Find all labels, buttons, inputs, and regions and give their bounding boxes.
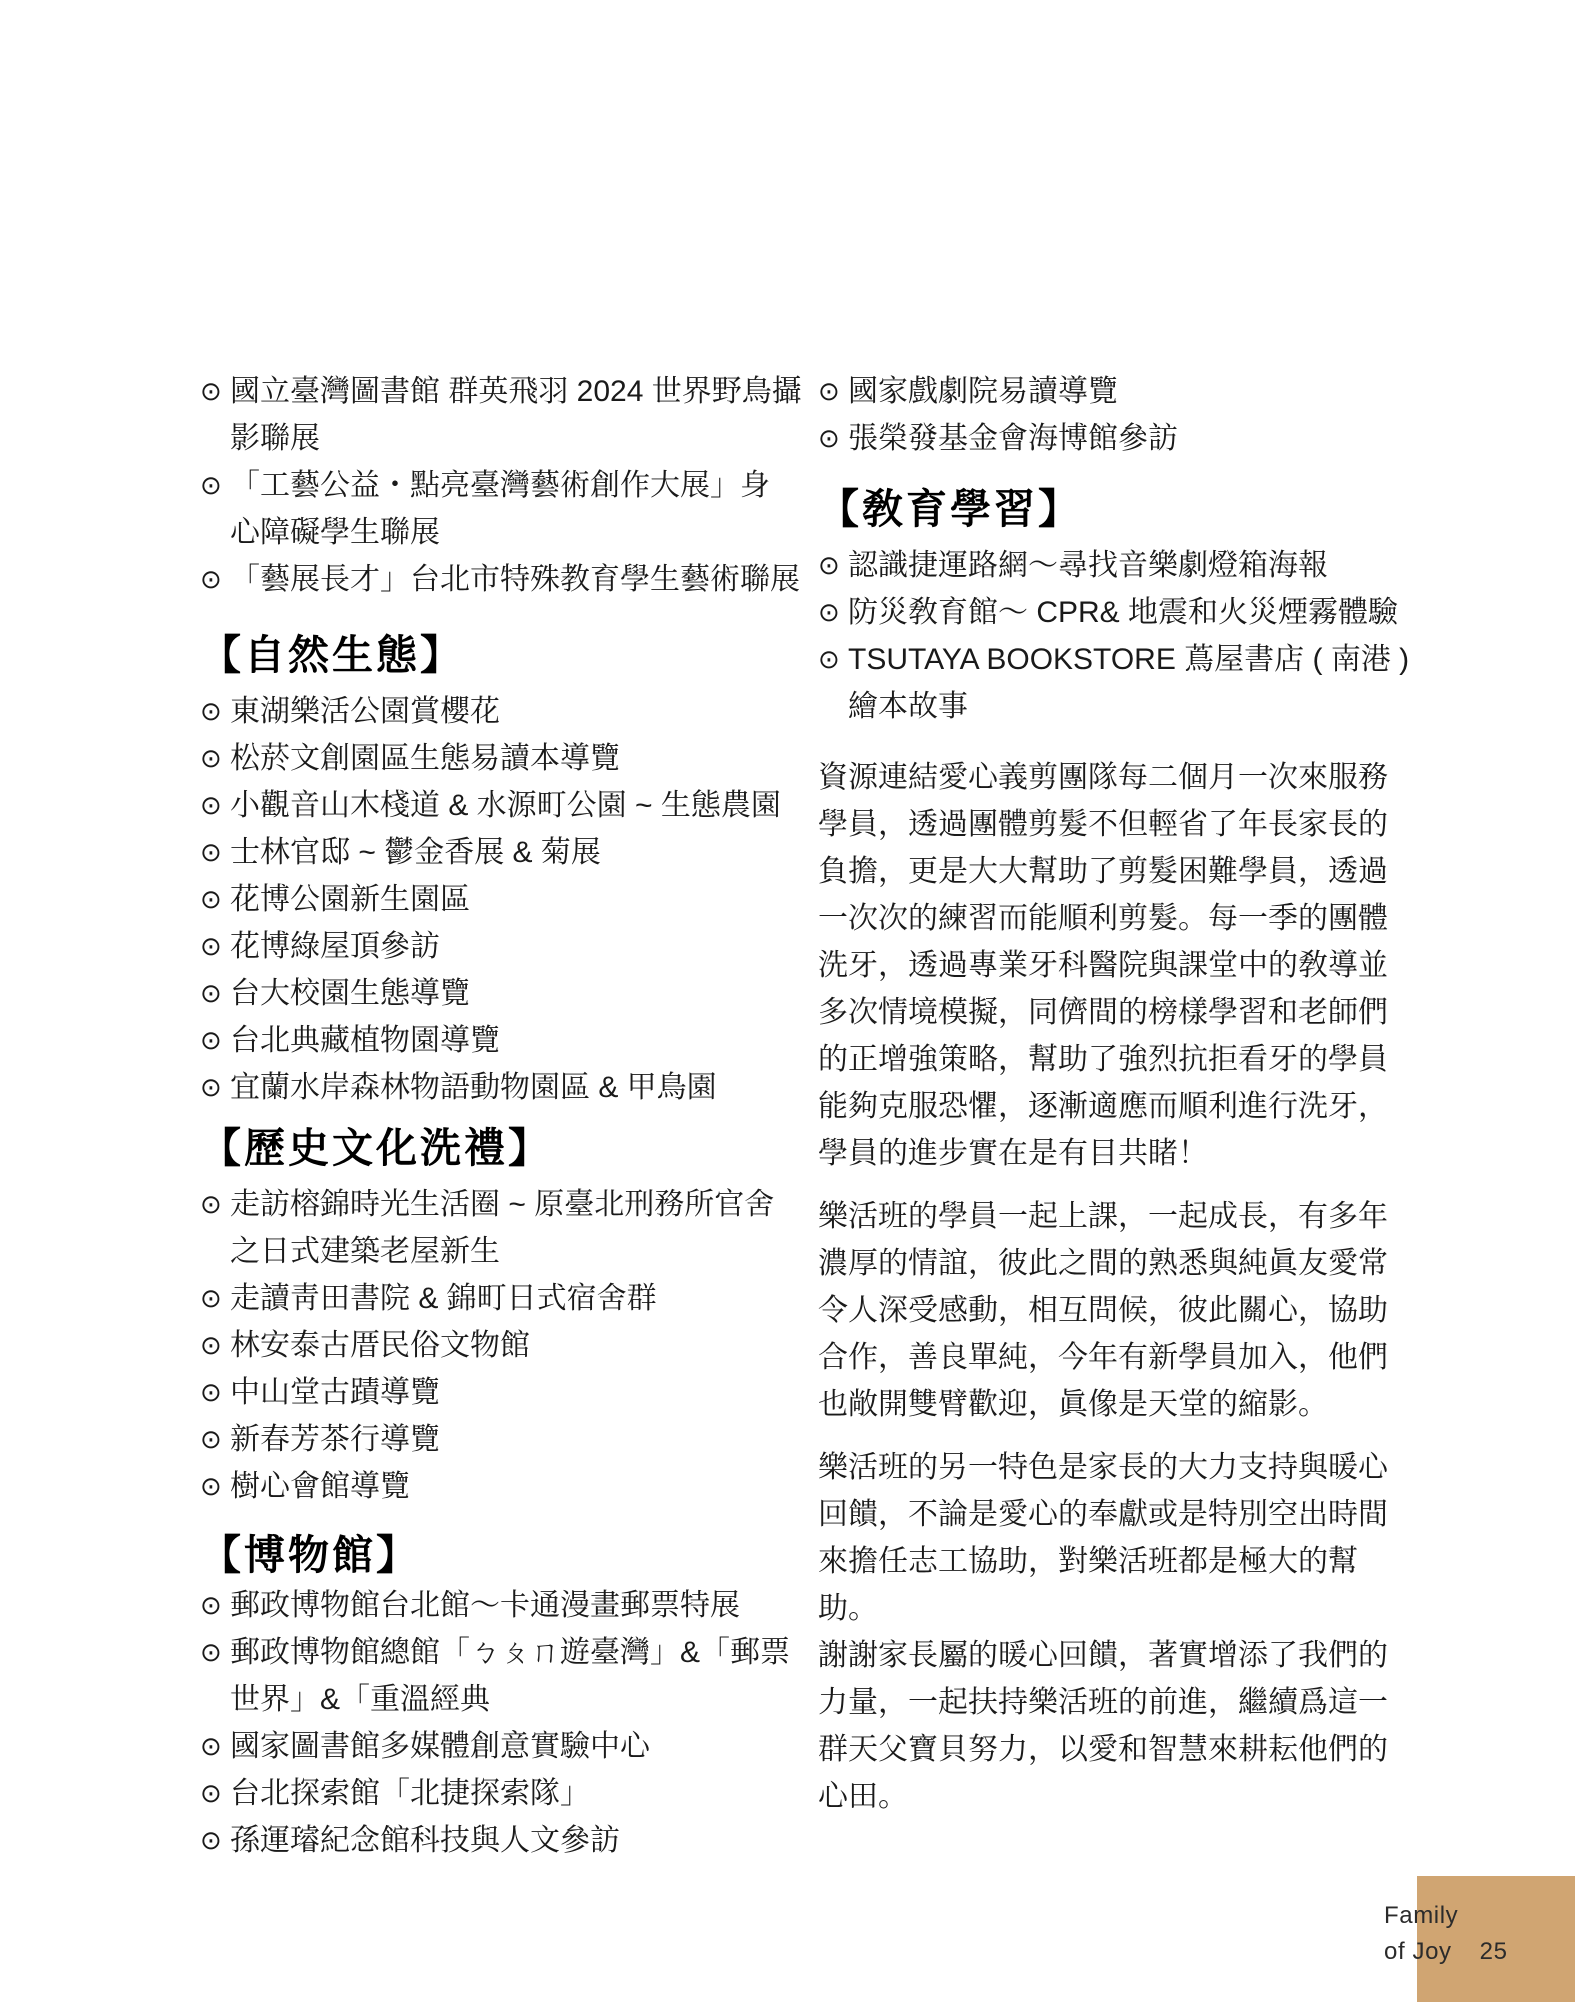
section-nature: 【自然生態】 ⊙東湖樂活公園賞櫻花 ⊙松菸文創園區生態易讀本導覽 ⊙小觀音山木棧…: [200, 630, 840, 1111]
bullet-icon: ⊙: [200, 1181, 230, 1228]
right-column: ⊙國家戲劇院易讀導覽 ⊙張榮發基金會海博館參訪 【敎育學習】 ⊙認識捷運路網～尋…: [818, 368, 1418, 1836]
list-item: ⊙孫運璿紀念館科技與人文參訪: [200, 1817, 840, 1864]
bullet-icon: ⊙: [200, 1582, 230, 1629]
list-item: ⊙台北典藏植物園導覽: [200, 1017, 840, 1064]
museum-list: ⊙郵政博物館台北館～卡通漫畫郵票特展 ⊙郵政博物館總館「ㄅㄆㄇ遊臺灣」&「郵票 …: [200, 1582, 840, 1864]
list-item: ⊙台北探索館「北捷探索隊」: [200, 1770, 840, 1817]
bullet-icon: ⊙: [200, 1017, 230, 1064]
list-item-text: 張榮發基金會海博館參訪: [848, 415, 1178, 462]
list-item: ⊙樹心會館導覽: [200, 1463, 840, 1510]
venue-list: ⊙國家戲劇院易讀導覽 ⊙張榮發基金會海博館參訪: [818, 368, 1418, 462]
list-item-text: 林安泰古厝民俗文物館: [230, 1322, 530, 1369]
list-item: ⊙花博綠屋頂參訪: [200, 923, 840, 970]
list-item-text: 郵政博物館總館「ㄅㄆㄇ遊臺灣」&「郵票 世界」&「重溫經典: [230, 1629, 790, 1723]
history-list: ⊙走訪榕錦時光生活圈 ~ 原臺北刑務所官舍 之日式建築老屋新生 ⊙走讀靑田書院 …: [200, 1181, 840, 1510]
bullet-icon: ⊙: [200, 829, 230, 876]
list-item-text: 花博公園新生園區: [230, 876, 470, 923]
list-item-text: 東湖樂活公園賞櫻花: [230, 688, 500, 735]
list-item-text: TSUTAYA BOOKSTORE 蔦屋書店 ( 南港 ) 繪本故事: [848, 636, 1409, 730]
list-item: ⊙小觀音山木棧道 & 水源町公園 ~ 生態農園: [200, 782, 840, 829]
section-history: 【歷史文化洗禮】 ⊙走訪榕錦時光生活圈 ~ 原臺北刑務所官舍 之日式建築老屋新生…: [200, 1123, 840, 1510]
list-item-text: 中山堂古蹟導覽: [230, 1369, 440, 1416]
list-item-text: 郵政博物館台北館～卡通漫畫郵票特展: [230, 1582, 740, 1629]
list-item: ⊙中山堂古蹟導覽: [200, 1369, 840, 1416]
list-item: ⊙走訪榕錦時光生活圈 ~ 原臺北刑務所官舍 之日式建築老屋新生: [200, 1181, 840, 1275]
bullet-icon: ⊙: [200, 1723, 230, 1770]
bullet-icon: ⊙: [200, 1064, 230, 1111]
page-number: 25: [1480, 1934, 1508, 1970]
list-item: ⊙台大校園生態導覽: [200, 970, 840, 1017]
list-item-text: 台北探索館「北捷探索隊」: [230, 1770, 590, 1817]
bullet-icon: ⊙: [200, 735, 230, 782]
bullet-icon: ⊙: [818, 542, 848, 589]
list-item-text: 樹心會館導覽: [230, 1463, 410, 1510]
list-item-text: 台大校園生態導覽: [230, 970, 470, 1017]
list-item: ⊙ 「藝展長才」台北市特殊教育學生藝術聯展: [200, 556, 840, 603]
list-item-text: 國家戲劇院易讀導覽: [848, 368, 1118, 415]
paragraph: 樂活班的學員一起上課，一起成長，有多年 濃厚的情誼，彼此之間的熟悉與純眞友愛常 …: [818, 1193, 1410, 1428]
list-item-text: 松菸文創園區生態易讀本導覽: [230, 735, 620, 782]
bullet-icon: ⊙: [200, 1817, 230, 1864]
section-heading: 【博物館】: [200, 1530, 840, 1580]
list-item: ⊙TSUTAYA BOOKSTORE 蔦屋書店 ( 南港 ) 繪本故事: [818, 636, 1418, 730]
list-item-text: 防災敎育館～ CPR& 地震和火災煙霧體驗: [848, 589, 1398, 636]
paragraph: 資源連結愛心義剪團隊每二個月一次來服務 學員，透過團體剪髮不但輕省了年長家長的 …: [818, 754, 1410, 1177]
nature-list: ⊙東湖樂活公園賞櫻花 ⊙松菸文創園區生態易讀本導覽 ⊙小觀音山木棧道 & 水源町…: [200, 688, 840, 1111]
list-item-text: 花博綠屋頂參訪: [230, 923, 440, 970]
bullet-icon: ⊙: [818, 636, 848, 683]
list-item: ⊙郵政博物館總館「ㄅㄆㄇ遊臺灣」&「郵票 世界」&「重溫經典: [200, 1629, 840, 1723]
bullet-icon: ⊙: [200, 1770, 230, 1817]
list-item: ⊙張榮發基金會海博館參訪: [818, 415, 1418, 462]
bullet-icon: ⊙: [818, 368, 848, 415]
bullet-icon: ⊙: [200, 368, 230, 415]
footer-brand: Family of Joy 25: [1384, 1898, 1508, 1970]
left-column: ⊙ 國立臺灣圖書館 群英飛羽 2024 世界野鳥攝 影聯展 ⊙ 「工藝公益・點亮…: [200, 368, 840, 1864]
list-item-text: 國立臺灣圖書館 群英飛羽 2024 世界野鳥攝 影聯展: [230, 368, 802, 462]
paragraph: 樂活班的另一特色是家長的大力支持與暖心 回饋，不論是愛心的奉獻或是特別空出時間 …: [818, 1444, 1410, 1820]
list-item-text: 小觀音山木棧道 & 水源町公園 ~ 生態農園: [230, 782, 781, 829]
brand-line1: Family: [1384, 1898, 1508, 1934]
bullet-icon: ⊙: [200, 1275, 230, 1322]
bullet-icon: ⊙: [200, 782, 230, 829]
list-item: ⊙林安泰古厝民俗文物館: [200, 1322, 840, 1369]
bullet-icon: ⊙: [200, 876, 230, 923]
list-item-text: 「工藝公益・點亮臺灣藝術創作大展」身 心障礙學生聯展: [230, 462, 770, 556]
brand-line2: of Joy: [1384, 1934, 1452, 1970]
bullet-icon: ⊙: [200, 1416, 230, 1463]
list-item: ⊙士林官邸 ~ 鬱金香展 & 菊展: [200, 829, 840, 876]
list-item-text: 走訪榕錦時光生活圈 ~ 原臺北刑務所官舍 之日式建築老屋新生: [230, 1181, 774, 1275]
list-item-text: 走讀靑田書院 & 錦町日式宿舍群: [230, 1275, 657, 1322]
list-item: ⊙松菸文創園區生態易讀本導覽: [200, 735, 840, 782]
bullet-icon: ⊙: [200, 1629, 230, 1676]
magazine-page: ⊙ 國立臺灣圖書館 群英飛羽 2024 世界野鳥攝 影聯展 ⊙ 「工藝公益・點亮…: [0, 0, 1575, 2008]
bullet-icon: ⊙: [200, 923, 230, 970]
list-item-text: 認識捷運路網～尋找音樂劇燈箱海報: [848, 542, 1328, 589]
list-item: ⊙國家圖書館多媒體創意實驗中心: [200, 1723, 840, 1770]
bullet-icon: ⊙: [818, 589, 848, 636]
education-list: ⊙認識捷運路網～尋找音樂劇燈箱海報 ⊙防災敎育館～ CPR& 地震和火災煙霧體驗…: [818, 542, 1418, 730]
bullet-icon: ⊙: [200, 1369, 230, 1416]
list-item: ⊙認識捷運路網～尋找音樂劇燈箱海報: [818, 542, 1418, 589]
section-heading: 【自然生態】: [200, 630, 840, 680]
article-body: 資源連結愛心義剪團隊每二個月一次來服務 學員，透過團體剪髮不但輕省了年長家長的 …: [818, 754, 1410, 1820]
list-item: ⊙防災敎育館～ CPR& 地震和火災煙霧體驗: [818, 589, 1418, 636]
list-item: ⊙宜蘭水岸森林物語動物園區 & 甲鳥園: [200, 1064, 840, 1111]
list-item-text: 宜蘭水岸森林物語動物園區 & 甲鳥園: [230, 1064, 717, 1111]
list-item-text: 士林官邸 ~ 鬱金香展 & 菊展: [230, 829, 601, 876]
list-item-text: 孫運璿紀念館科技與人文參訪: [230, 1817, 620, 1864]
list-item-text: 台北典藏植物園導覽: [230, 1017, 500, 1064]
bullet-icon: ⊙: [818, 415, 848, 462]
bullet-icon: ⊙: [200, 1322, 230, 1369]
bullet-icon: ⊙: [200, 462, 230, 509]
bullet-icon: ⊙: [200, 556, 230, 603]
list-item: ⊙ 國立臺灣圖書館 群英飛羽 2024 世界野鳥攝 影聯展: [200, 368, 840, 462]
exhibition-list: ⊙ 國立臺灣圖書館 群英飛羽 2024 世界野鳥攝 影聯展 ⊙ 「工藝公益・點亮…: [200, 368, 840, 603]
section-education: 【敎育學習】 ⊙認識捷運路網～尋找音樂劇燈箱海報 ⊙防災敎育館～ CPR& 地震…: [818, 484, 1418, 730]
list-item: ⊙郵政博物館台北館～卡通漫畫郵票特展: [200, 1582, 840, 1629]
list-item-text: 「藝展長才」台北市特殊教育學生藝術聯展: [230, 556, 800, 603]
bullet-icon: ⊙: [200, 1463, 230, 1510]
list-item: ⊙花博公園新生園區: [200, 876, 840, 923]
list-item: ⊙走讀靑田書院 & 錦町日式宿舍群: [200, 1275, 840, 1322]
bullet-icon: ⊙: [200, 970, 230, 1017]
list-item: ⊙國家戲劇院易讀導覽: [818, 368, 1418, 415]
list-item: ⊙東湖樂活公園賞櫻花: [200, 688, 840, 735]
section-heading: 【歷史文化洗禮】: [200, 1123, 840, 1173]
brand-line2-row: of Joy 25: [1384, 1934, 1508, 1970]
bullet-icon: ⊙: [200, 688, 230, 735]
list-item-text: 國家圖書館多媒體創意實驗中心: [230, 1723, 650, 1770]
list-item-text: 新春芳茶行導覽: [230, 1416, 440, 1463]
section-heading: 【敎育學習】: [818, 484, 1418, 534]
list-item: ⊙ 「工藝公益・點亮臺灣藝術創作大展」身 心障礙學生聯展: [200, 462, 840, 556]
section-museum: 【博物館】 ⊙郵政博物館台北館～卡通漫畫郵票特展 ⊙郵政博物館總館「ㄅㄆㄇ遊臺灣…: [200, 1530, 840, 1864]
list-item: ⊙新春芳茶行導覽: [200, 1416, 840, 1463]
